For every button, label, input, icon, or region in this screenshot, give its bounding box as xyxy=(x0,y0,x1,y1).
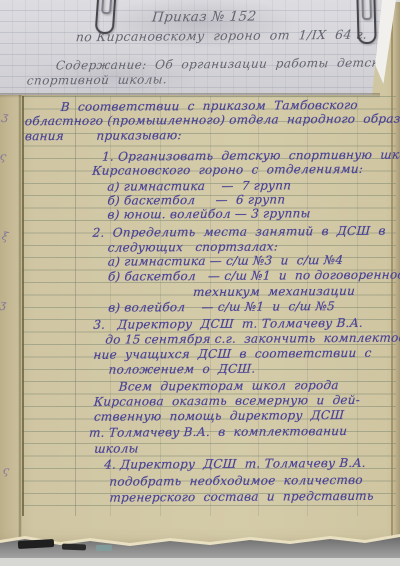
handwritten-line: 2. Определить места занятий в ДСШ в xyxy=(92,225,386,240)
handwritten-line: Кирсановского гороно с отделениями: xyxy=(92,163,364,178)
handwritten-line: техникум механизации xyxy=(193,285,356,299)
handwritten-line: до 15 сентября с.г. закончить комплектов… xyxy=(105,331,400,346)
handwritten-line: областного (промышленного) отдела народн… xyxy=(24,113,400,129)
paper-debris xyxy=(96,545,112,551)
handwritten-line: б) баскетбол — с/ш №1 и по договоренност… xyxy=(108,268,400,283)
handwritten-line: б) баскетбол — 6 групп xyxy=(107,193,286,207)
scanned-document-page: ʒ ς ξ ʒ ς В соответствии с приказом Тамб… xyxy=(0,0,400,566)
handwritten-line: в) волейбол — с/ш №1 и с/ш №5 xyxy=(108,300,336,315)
order-subject-line-1: Содержание: Об организации работы детско… xyxy=(55,56,395,73)
cover-sheet: Приказ № 152 по Кирсановскому гороно от … xyxy=(0,0,382,95)
paperclip-inner-wire xyxy=(361,0,372,20)
handwritten-line: школы xyxy=(94,442,139,455)
handwritten-line: Кирсанова оказать всемерную и дей- xyxy=(93,394,360,409)
handwritten-line: тренерского состава и представить xyxy=(109,490,374,505)
handwritten-line: Всем директорам школ города xyxy=(118,379,339,394)
handwritten-line: 3. Директору ДСШ т. Толмачеву В.А. xyxy=(93,317,364,332)
order-subtitle: по Кирсановскому гороно от 1/IX 64 г. xyxy=(75,27,368,45)
handwritten-line: положением о ДСШ. xyxy=(108,363,256,377)
handwritten-line: а) гимнастика — с/ш №3 и с/ш №4 xyxy=(107,254,343,269)
order-subject-line-2: спортивной школы. xyxy=(26,72,168,87)
cover-sheet-shadow xyxy=(0,93,380,98)
paperclip-icon xyxy=(356,0,376,44)
handwritten-line: вания приказываю: xyxy=(25,129,183,143)
handwritten-line: следующих спортзалах: xyxy=(107,240,278,254)
scanner-edge-strip xyxy=(0,558,400,566)
handwritten-line: в) юнош. волейбол — 3 группы xyxy=(107,207,311,221)
paperclip-inner-wire xyxy=(101,0,113,14)
handwritten-line: подобрать необходимое количество xyxy=(109,474,363,489)
paper-debris xyxy=(62,544,86,551)
order-title: Приказ № 152 xyxy=(151,9,257,26)
handwritten-line: 4. Директору ДСШ т. Толмачеву В.А. xyxy=(104,457,366,472)
handwritten-line: ние учащихся ДСШ в соответствии с xyxy=(93,347,372,362)
handwritten-line: ственную помощь директору ДСШ xyxy=(94,409,345,424)
handwritten-line: т. Толмачеву В.А. в комплектовании xyxy=(89,425,348,440)
paperclip-icon xyxy=(95,0,117,35)
handwritten-line: а) гимнастика — 7 групп xyxy=(107,179,292,193)
